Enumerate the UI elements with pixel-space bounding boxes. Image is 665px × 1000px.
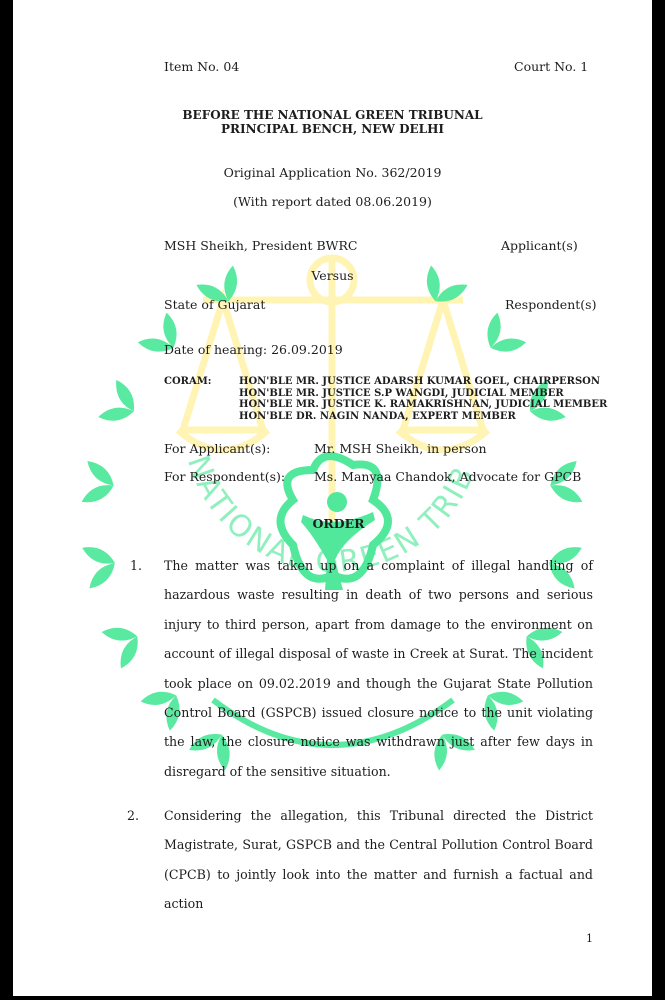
respondent-name: State of Gujarat bbox=[164, 298, 265, 312]
for-applicant-label: For Applicant(s): bbox=[164, 442, 270, 456]
coram-member: HON'BLE DR. NAGIN NANDA, EXPERT MEMBER bbox=[239, 411, 516, 423]
tribunal-title-line2: PRINCIPAL BENCH, NEW DELHI bbox=[13, 122, 652, 136]
applicant-name: MSH Sheikh, President BWRC bbox=[164, 239, 357, 253]
application-number: Original Application No. 362/2019 bbox=[13, 166, 652, 180]
coram-member: HON'BLE MR. JUSTICE S.P WANGDI, JUDICIAL… bbox=[239, 388, 564, 400]
hearing-date: Date of hearing: 26.09.2019 bbox=[164, 343, 343, 357]
coram-member: HON'BLE MR. JUSTICE K. RAMAKRISHNAN, JUD… bbox=[239, 399, 607, 411]
court-number: Court No. 1 bbox=[514, 60, 588, 74]
applicant-role: Applicant(s) bbox=[501, 239, 578, 253]
for-respondent-value: Ms. Manyaa Chandok, Advocate for GPCB bbox=[314, 470, 581, 484]
tribunal-title-line1: BEFORE THE NATIONAL GREEN TRIBUNAL bbox=[13, 108, 652, 122]
svg-text:NATIONAL GREEN TRIBUNAL, NEW D: NATIONAL GREEN TRIBUNAL, NEW DELHI bbox=[13, 0, 482, 580]
paragraph-number: 2. bbox=[127, 808, 139, 823]
respondent-role: Respondent(s) bbox=[505, 298, 596, 312]
paragraph-text: Considering the allegation, this Tribuna… bbox=[164, 801, 593, 919]
order-heading: ORDER bbox=[19, 517, 652, 531]
coram-member: HON'BLE MR. JUSTICE ADARSH KUMAR GOEL, C… bbox=[239, 376, 600, 388]
coram-label: CORAM: bbox=[164, 376, 212, 388]
report-date: (With report dated 08.06.2019) bbox=[13, 195, 652, 209]
paragraph-number: 1. bbox=[130, 558, 142, 573]
versus-label: Versus bbox=[13, 269, 652, 283]
document-page: NATIONAL GREEN TRIBUNAL, NEW DELHI Item … bbox=[13, 0, 652, 996]
for-respondent-label: For Respondent(s): bbox=[164, 470, 285, 484]
paragraph-text: The matter was taken up on a complaint o… bbox=[164, 551, 593, 786]
item-number: Item No. 04 bbox=[164, 60, 239, 74]
for-applicant-value: Mr. MSH Sheikh, in person bbox=[314, 442, 487, 456]
page-number: 1 bbox=[586, 932, 593, 946]
